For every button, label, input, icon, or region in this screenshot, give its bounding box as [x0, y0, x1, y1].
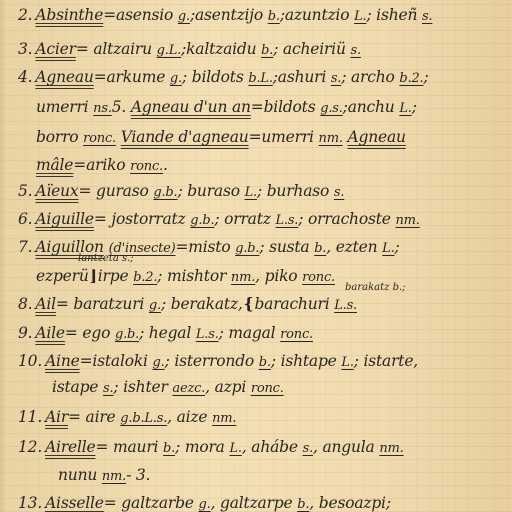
translation: borro: [36, 128, 78, 146]
headword: Airelle: [45, 438, 95, 456]
translation: , ahábe: [242, 438, 298, 456]
entry-10-line-1: 10.Aine=istaloki g.; isterrondo b.; isht…: [18, 352, 512, 370]
headword: Agneau: [35, 68, 93, 86]
translation: ; acheiriü: [273, 40, 346, 58]
dialect-abbr: L.: [399, 101, 411, 116]
sub-headword: Agneau d'un an: [131, 98, 251, 116]
dialect-abbr: g.s.: [320, 101, 342, 116]
dialect-abbr: nm.: [212, 411, 236, 426]
brace-icon: {: [244, 294, 254, 313]
entry-4-line-3: borro ronc. Viande d'agneau=umerri nm. A…: [36, 128, 512, 146]
entry-number: 6.: [18, 210, 32, 228]
punctuation: ,: [238, 295, 243, 313]
entry-4-line-1: 4.Agneau=arkume g.; bildots b.L.;ashuri …: [18, 68, 512, 86]
translation: =istaloki: [80, 352, 148, 370]
dialect-abbr: b.: [314, 241, 326, 256]
dialect-abbr: aezc.: [172, 381, 205, 396]
translation: ; ishtape: [271, 352, 337, 370]
dialect-abbr: s.: [350, 43, 360, 58]
entry-8-line-1: 8.Ail= baratzuri g.; berakatz,{barachuri…: [18, 294, 512, 313]
dialect-abbr: g.b.: [153, 185, 177, 200]
footnote-ref: - 3.: [126, 466, 150, 484]
dialect-abbr: ronc.: [302, 270, 335, 285]
translation: ; mishtor: [157, 267, 226, 285]
dialect-abbr: g.b.: [115, 327, 139, 342]
translation: , galtzarpe: [211, 494, 293, 512]
headword: Aïeux: [35, 182, 78, 200]
translation: ;ashuri: [273, 68, 326, 86]
translation: , azpi: [205, 378, 246, 396]
dialect-abbr: g.: [149, 298, 161, 313]
translation: , piko: [255, 267, 297, 285]
translation: umerri: [36, 98, 88, 116]
dialect-abbr: b.: [268, 9, 280, 24]
entry-10-line-2: istape s.; ishter aezc., azpi ronc.: [52, 378, 512, 396]
interlinear-insertion: barakatz b.;: [345, 282, 406, 293]
translation: ;kaltzaidu: [181, 40, 256, 58]
dialect-abbr: L.s.: [334, 298, 357, 313]
entry-number: 10.: [18, 352, 42, 370]
dialect-abbr: nm.: [395, 213, 419, 228]
dialect-abbr: b.L.: [248, 71, 272, 86]
dialect-abbr: s.: [422, 9, 432, 24]
entry-number: 11.: [18, 408, 42, 426]
dialect-abbr: b.: [259, 355, 271, 370]
entry-2-line-1: 2.Absinthe=asensio g.;asentzijo b.;azunt…: [18, 6, 512, 24]
translation: ; istarte,: [354, 352, 418, 370]
translation: ; mora: [175, 438, 225, 456]
translation: ; berakatz: [161, 295, 238, 313]
entry-number: 7.: [18, 238, 32, 256]
headword: Aisselle: [45, 494, 104, 512]
punctuation: ;: [395, 238, 400, 256]
entry-number: 4.: [18, 68, 32, 86]
dialect-abbr: g.b.: [190, 213, 214, 228]
dialect-abbr: s.: [331, 71, 341, 86]
headword: Aile: [35, 324, 64, 342]
headword: Absinthe: [35, 6, 103, 24]
translation: = galtzarbe: [104, 494, 194, 512]
dialect-abbr: g.: [153, 355, 165, 370]
translation: , besoazpi: [309, 494, 386, 512]
entry-13-line-1: 13.Aisselle= galtzarbe g., galtzarpe b.,…: [18, 494, 512, 512]
dialect-abbr: ns.: [93, 101, 112, 116]
insertion-mark-icon: ⌋: [90, 266, 97, 285]
entry-7-line-2: ezperü⌋irpe b.2.; mishtor nm., piko ronc…: [36, 266, 512, 285]
punctuation: ;: [412, 98, 417, 116]
page-edge: [0, 0, 6, 512]
dialect-abbr: nm.: [319, 131, 343, 146]
headword: Air: [45, 408, 68, 426]
dialect-abbr: ronc.: [251, 381, 284, 396]
translation: ; orratz: [214, 210, 270, 228]
entry-3-line-1: 3.Acier= altzairu g.L.;kaltzaidu b.; ach…: [18, 40, 512, 58]
entry-5-line-1: 5.Aïeux= guraso g.b.; buraso L.; burhaso…: [18, 182, 512, 200]
entry-number: 2.: [18, 6, 32, 24]
translation: ; hegal: [139, 324, 191, 342]
translation: ;anchu: [343, 98, 395, 116]
translation: ; magal: [219, 324, 276, 342]
dialect-abbr: ronc.: [83, 131, 116, 146]
punctuation: ;: [423, 68, 428, 86]
translation: nunu: [58, 466, 97, 484]
translation: irpe: [98, 267, 129, 285]
translation: ; burhaso: [257, 182, 329, 200]
translation: =asensio: [103, 6, 173, 24]
translation: ;asentzijo: [190, 6, 263, 24]
entry-number: 13.: [18, 494, 42, 512]
translation: istape: [52, 378, 98, 396]
dialect-abbr: s.: [103, 381, 113, 396]
headword: Acier: [35, 40, 75, 58]
translation: = mauri: [95, 438, 158, 456]
dialect-abbr: s.: [334, 185, 344, 200]
dialect-abbr: g.b.L.s.: [120, 411, 167, 426]
dialect-abbr: b.: [163, 441, 175, 456]
punctuation: ;: [386, 494, 391, 512]
headword: Ail: [35, 295, 56, 313]
dialect-abbr: L.s.: [275, 213, 298, 228]
dialect-abbr: g.b.: [235, 241, 259, 256]
dialect-abbr: g.: [170, 71, 182, 86]
dialect-abbr: L.: [229, 441, 241, 456]
dialect-abbr: g.: [199, 497, 211, 512]
entry-9-line-1: 9.Aile= ego g.b.; hegal L.s.; magal ronc…: [18, 324, 512, 342]
translation: = altzairu: [76, 40, 152, 58]
translation: ; bildots: [182, 68, 244, 86]
translation: = jostorratz: [94, 210, 186, 228]
manuscript-page: 2.Absinthe=asensio g.;asentzijo b.;azunt…: [0, 0, 512, 512]
dialect-abbr: L.: [354, 9, 366, 24]
dialect-abbr: nm.: [379, 441, 403, 456]
sub-headword: Viande d'agneau: [121, 128, 249, 146]
translation: =ariko: [73, 156, 125, 174]
translation: = baratzuri: [56, 295, 144, 313]
headword: Aine: [45, 352, 80, 370]
entry-number: 3.: [18, 40, 32, 58]
dialect-abbr: b.2.: [399, 71, 423, 86]
translation: = aire: [68, 408, 116, 426]
translation: barachuri: [254, 295, 329, 313]
sub-entry-number: 5.: [112, 98, 126, 116]
translation: =umerri: [249, 128, 314, 146]
translation: = guraso: [78, 182, 148, 200]
dialect-abbr: b.: [261, 43, 273, 58]
dialect-abbr: ronc.: [280, 327, 313, 342]
dialect-abbr: b.: [297, 497, 309, 512]
translation: ; orrachoste: [298, 210, 391, 228]
translation: ; susta: [259, 238, 309, 256]
translation: ; ishter: [113, 378, 167, 396]
translation: ; isterrondo: [165, 352, 254, 370]
sub-headword: Agneau: [347, 128, 405, 146]
entry-number: 5.: [18, 182, 32, 200]
translation: =misto: [176, 238, 231, 256]
translation: ; isheñ: [366, 6, 417, 24]
headword: Aiguille: [35, 210, 94, 228]
dialect-abbr: g.L.: [157, 43, 181, 58]
entry-11-line-1: 11.Air= aire g.b.L.s., aize nm.: [18, 408, 512, 426]
dialect-abbr: L.: [382, 241, 394, 256]
translation: ; buraso: [177, 182, 239, 200]
entry-number: 8.: [18, 295, 32, 313]
translation: , aize: [167, 408, 207, 426]
punctuation: .: [163, 156, 168, 174]
dialect-abbr: L.s.: [196, 327, 219, 342]
dialect-abbr: L.: [245, 185, 257, 200]
dialect-abbr: L.: [341, 355, 353, 370]
translation: ;azuntzio: [280, 6, 349, 24]
dialect-abbr: ronc.: [130, 159, 163, 174]
dialect-abbr: nm.: [102, 469, 126, 484]
interlinear-insertion: lantzeta s.;: [78, 253, 134, 264]
dialect-abbr: nm.: [231, 270, 255, 285]
entry-number: 9.: [18, 324, 32, 342]
entry-4-line-4: mâle=ariko ronc..: [36, 156, 512, 174]
entry-12-line-1: 12.Airelle= mauri b.; mora L., ahábe s.,…: [18, 438, 512, 456]
translation: = ego: [65, 324, 110, 342]
translation: , angula: [313, 438, 375, 456]
translation: , ezten: [326, 238, 377, 256]
entry-12-line-2: nunu nm.- 3.: [58, 466, 512, 484]
dialect-abbr: s.: [303, 441, 313, 456]
sub-headword: mâle: [36, 156, 73, 174]
entry-4-line-2: umerri ns.5. Agneau d'un an=bildots g.s.…: [36, 98, 512, 116]
translation: ; archo: [341, 68, 394, 86]
translation: =bildots: [251, 98, 316, 116]
entry-6-line-1: 6.Aiguille= jostorratz g.b.; orratz L.s.…: [18, 210, 512, 228]
translation: ezperü: [36, 267, 89, 285]
entry-number: 12.: [18, 438, 42, 456]
translation: =arkume: [94, 68, 165, 86]
dialect-abbr: b.2.: [133, 270, 157, 285]
dialect-abbr: g.: [178, 9, 190, 24]
